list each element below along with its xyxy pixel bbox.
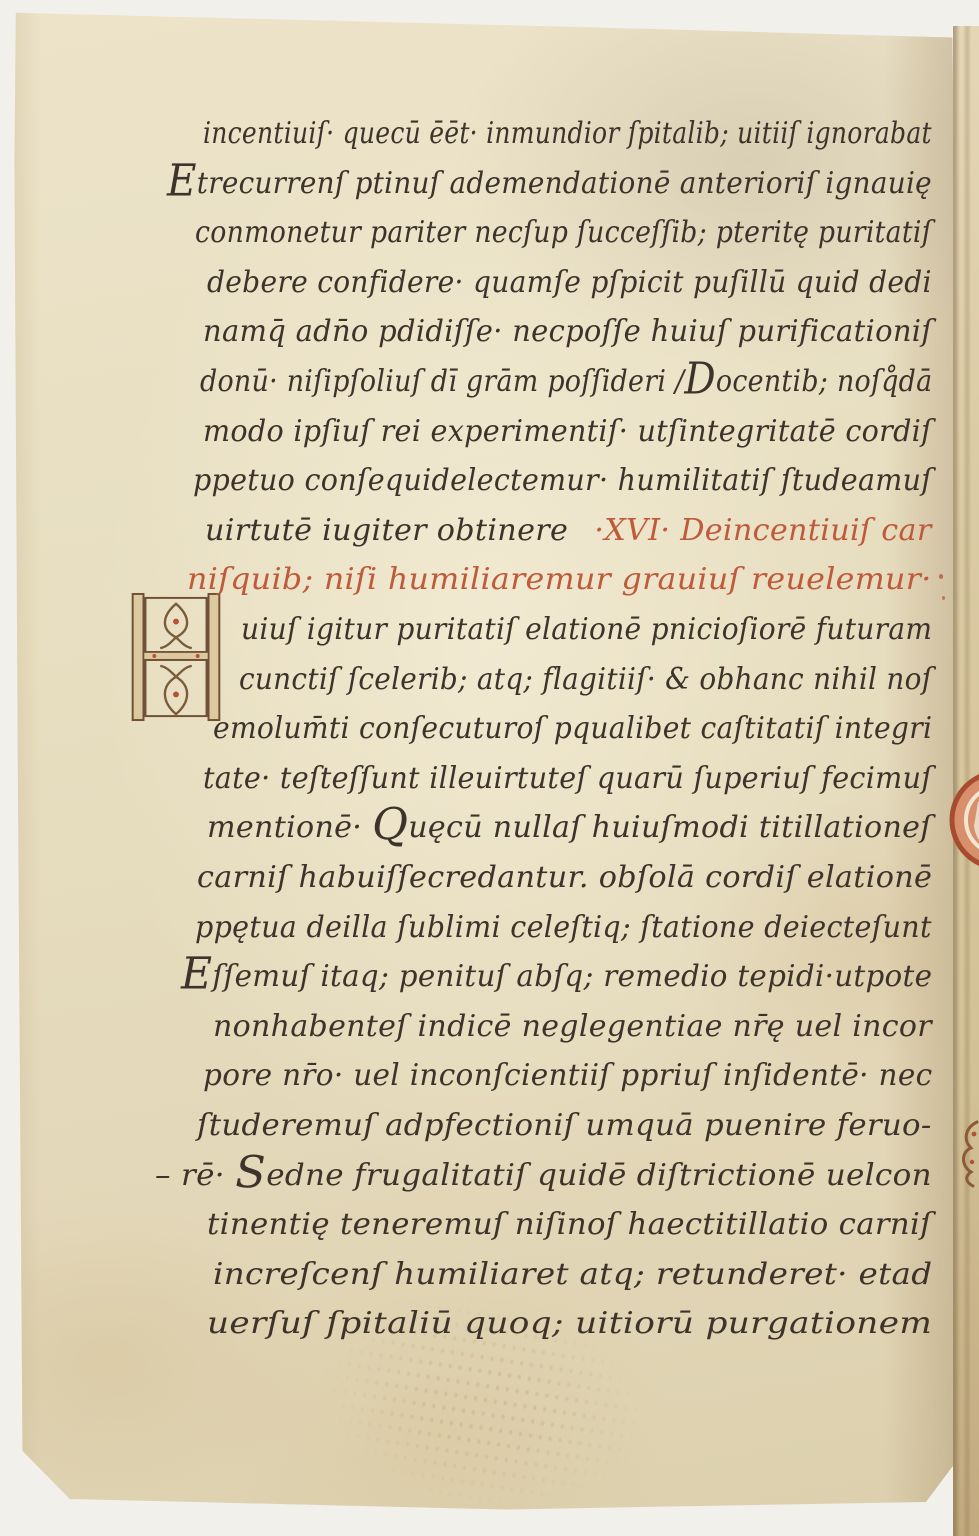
ink-text-segment: ſtuderemuſ adpfectioniſ umquā puenire fe… <box>197 1108 932 1143</box>
text-line-10: niſquib; niſi humiliaremur grauiuſ reuel… <box>187 558 932 602</box>
ink-text-segment: trecurrenſ ptinuſ ademendationē anterior… <box>197 166 932 201</box>
ink-text-segment: debere confidere· quamſe pſpicit puſillū… <box>207 265 932 300</box>
text-line-8: ppetuo conſequidelectemur· humilitatiſ ſ… <box>193 459 932 503</box>
ink-text-segment: – rē· <box>155 1158 235 1193</box>
ink-text-segment: Q <box>372 801 408 851</box>
ink-text-segment: E <box>181 950 212 1000</box>
text-line-7: modo ipſiuſ rei experimentiſ· utſintegri… <box>203 410 932 454</box>
text-line-19: nonhabenteſ indicē neglegentiae nr̄ę uel… <box>213 1005 932 1049</box>
text-line-2: Etrecurrenſ ptinuſ ademendationē anterio… <box>167 162 932 206</box>
ink-text-segment: pore nr̄o· uel inconſcientiiſ ppriuſ inſ… <box>203 1058 932 1093</box>
text-line-5: namq̄ adn̄o pdidiſſe· necpoſſe huiuſ pur… <box>203 310 932 354</box>
ink-text-segment: incentiuiſ· quecū ēēt· inmundior ſpitali… <box>203 116 932 151</box>
text-line-20: pore nr̄o· uel inconſcientiiſ ppriuſ inſ… <box>203 1054 932 1098</box>
manuscript-photo: incentiuiſ· quecū ēēt· inmundior ſpitali… <box>0 0 979 1536</box>
text-line-23: tinentię teneremuſ niſinoſ haectitillati… <box>207 1203 932 1247</box>
ink-text-segment: S <box>235 1148 266 1198</box>
ink-text-segment: edne frugalitatiſ quidē diſtrictionē uel… <box>266 1158 932 1193</box>
ink-text-segment: uiuſ igitur puritatiſ elationē pnicioſio… <box>241 612 932 647</box>
text-line-3: conmonetur pariter necſup ſucceſſib; pte… <box>195 211 932 255</box>
ink-text-segment: tate· teſteſſunt illeuirtuteſ quarū ſupe… <box>203 761 932 796</box>
ink-text-segment: mentionē· <box>207 810 372 845</box>
ink-text-segment: E <box>167 156 197 206</box>
text-line-13: emolum̄ti conſecuturoſ pqualibet caſtita… <box>213 707 932 751</box>
text-line-17: ppętua deilla ſublimi celeſtiq; ſtatione… <box>195 906 932 950</box>
text-line-4: debere confidere· quamſe pſpicit puſillū… <box>207 261 932 305</box>
text-line-25: uerſuſ ſpitaliū quoq; uitiorū purgatione… <box>207 1302 932 1346</box>
ink-text-segment: increſcenſ humiliaret atq; retunderet· e… <box>213 1257 932 1292</box>
text-line-9: uirtutē iugiter obtinere·XVI· Deincentiu… <box>205 509 932 553</box>
text-block: incentiuiſ· quecū ēēt· inmundior ſpitali… <box>0 0 979 1536</box>
text-line-6: donū· niſipſoliuſ dī grām poſſideri /Doc… <box>200 360 932 404</box>
ink-text-segment: tinentię teneremuſ niſinoſ haectitillati… <box>207 1207 932 1242</box>
ink-text-segment: emolum̄ti conſecuturoſ pqualibet caſtita… <box>213 711 932 746</box>
ink-text-segment: carniſ habuiſſecredantur. obſolā cordiſ … <box>197 860 932 895</box>
ink-text-segment: cunctiſ ſcelerib; atq; flagitiiſ· & obha… <box>239 662 932 697</box>
ink-text-segment: ppętua deilla ſublimi celeſtiq; ſtatione… <box>195 910 932 945</box>
ink-text-segment: modo ipſiuſ rei experimentiſ· utſintegri… <box>203 414 932 449</box>
ink-text-segment: ſſemuſ itaq; penituſ abſq; remedio tepid… <box>212 959 932 994</box>
text-line-14: tate· teſteſſunt illeuirtuteſ quarū ſupe… <box>203 757 932 801</box>
text-line-16: carniſ habuiſſecredantur. obſolā cordiſ … <box>197 856 932 900</box>
rubric-text-segment: ·XVI· Deincentiuiſ car <box>568 513 931 548</box>
ink-text-segment: conmonetur pariter necſup ſucceſſib; pte… <box>195 215 932 250</box>
text-line-11: uiuſ igitur puritatiſ elationē pnicioſio… <box>241 608 932 652</box>
text-line-1: incentiuiſ· quecū ēēt· inmundior ſpitali… <box>203 112 932 156</box>
text-line-22: – rē· Sedne frugalitatiſ quidē diſtricti… <box>155 1154 932 1198</box>
ink-text-segment: nonhabenteſ indicē neglegentiae nr̄ę uel… <box>213 1009 932 1044</box>
ink-text-segment: namq̄ adn̄o pdidiſſe· necpoſſe huiuſ pur… <box>203 314 932 349</box>
ink-text-segment: ocentib; noſq̊dā <box>716 364 933 399</box>
text-line-24: increſcenſ humiliaret atq; retunderet· e… <box>213 1253 932 1297</box>
ink-text-segment: uerſuſ ſpitaliū quoq; uitiorū purgatione… <box>207 1306 932 1341</box>
text-line-15: mentionē· Quęcū nullaſ huiuſmodi titilla… <box>207 806 932 850</box>
rubric-text-segment: niſquib; niſi humiliaremur grauiuſ reuel… <box>187 562 932 597</box>
text-line-12: cunctiſ ſcelerib; atq; flagitiiſ· & obha… <box>239 658 932 702</box>
text-line-21: ſtuderemuſ adpfectioniſ umquā puenire fe… <box>197 1104 932 1148</box>
text-line-18: Eſſemuſ itaq; penituſ abſq; remedio tepi… <box>181 955 932 999</box>
ink-text-segment: D <box>684 355 716 405</box>
ink-text-segment: uirtutē iugiter obtinere <box>205 513 568 548</box>
ink-text-segment: donū· niſipſoliuſ dī grām poſſideri / <box>200 364 684 399</box>
ink-text-segment: ppetuo conſequidelectemur· humilitatiſ ſ… <box>193 463 932 498</box>
ink-text-segment: uęcū nullaſ huiuſmodi titillationeſ <box>408 810 932 845</box>
